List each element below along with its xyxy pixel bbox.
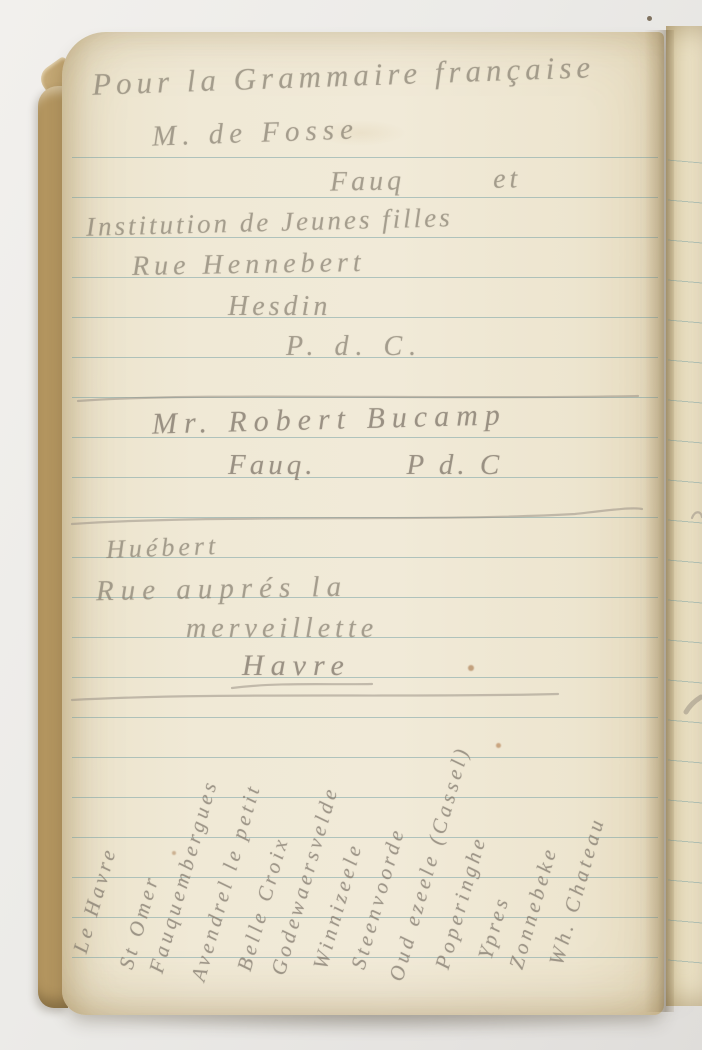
handwriting-line: Hesdin	[228, 292, 331, 321]
handwriting-line: merveillette	[186, 614, 378, 643]
right-page-sliver	[666, 26, 702, 1006]
handwriting-line: Huébert	[106, 532, 220, 563]
handwriting-line: M. de Fosse	[152, 114, 360, 152]
handwriting-line: Rue auprés la	[96, 572, 349, 607]
handwriting-line: Fauq. P d. C	[228, 450, 503, 480]
handwriting-line: Rue Hennebert	[132, 248, 366, 281]
handwriting-line: Havre	[242, 650, 351, 682]
handwriting-line: Fauq et	[330, 164, 522, 197]
handwriting-line: P. d. C.	[286, 332, 423, 361]
